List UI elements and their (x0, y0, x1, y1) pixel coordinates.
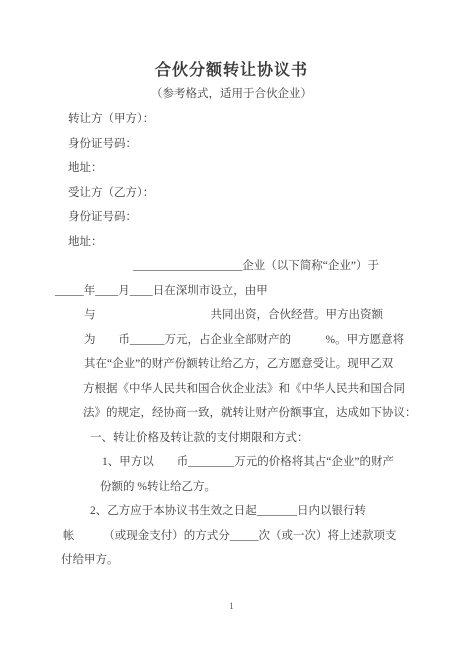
body-line-clause-2-cont: 帐 （或现金支付）的方式分_____次（或一次）将上述款项支 (55, 524, 415, 549)
body-line-establish-date: _____年____月____日在深圳市设立，由甲 (55, 279, 415, 304)
body-line-law-reference: 方根据《中华人民共和国合伙企业法》和《中华人民共和国合同 (55, 377, 415, 402)
document-subtitle: （参考格式，适用于合伙企业） (0, 85, 463, 101)
party-line-transferor-address: 地址： (55, 156, 415, 181)
body-line-investment-amount: 为 币______万元，占企业全部财产的 %。甲方愿意将 (55, 328, 415, 353)
document-body: 转让方（甲方）： 身份证号码： 地址： 受让方（乙方）： 身份证号码： 地址： … (55, 107, 415, 573)
party-line-transferee-address: 地址： (55, 230, 415, 255)
party-line-transferee: 受让方（乙方）： (55, 181, 415, 206)
body-line-transfer-intent: 其在“企业”的财产份额转让给乙方，乙方愿意受让。现甲乙双 (55, 352, 415, 377)
body-line-clause-1: 1、甲方以 币________万元的价格将其占“企业”的财产 (55, 450, 415, 475)
party-line-transferee-id: 身份证号码： (55, 205, 415, 230)
body-line-enterprise-name: ___________________企业（以下简称“企业”）于 (55, 254, 415, 279)
page-number: 1 (0, 601, 463, 611)
body-line-clause-2-end: 付给甲方。 (55, 548, 415, 573)
party-line-transferor-id: 身份证号码： (55, 132, 415, 157)
party-line-transferor: 转让方（甲方）： (55, 107, 415, 132)
body-line-clause-2: 2、乙方应于本协议书生效之日起_______日内以银行转 (55, 499, 415, 524)
body-line-agreement-reached: 法》的规定，经协商一致，就转让财产份额事宜，达成如下协议： (55, 401, 415, 426)
document-page: 合伙分额转让协议书 （参考格式，适用于合伙企业） 转让方（甲方）： 身份证号码：… (0, 0, 463, 655)
body-line-clause-1-cont: 份额的 %转让给乙方。 (55, 475, 415, 500)
body-line-section-one-heading: 一、转让价格及转让款的支付期限和方式： (55, 426, 415, 451)
document-title: 合伙分额转让协议书 (0, 57, 463, 80)
body-line-joint-investment: 与 共同出资，合伙经营。甲方出资额 (55, 303, 415, 328)
